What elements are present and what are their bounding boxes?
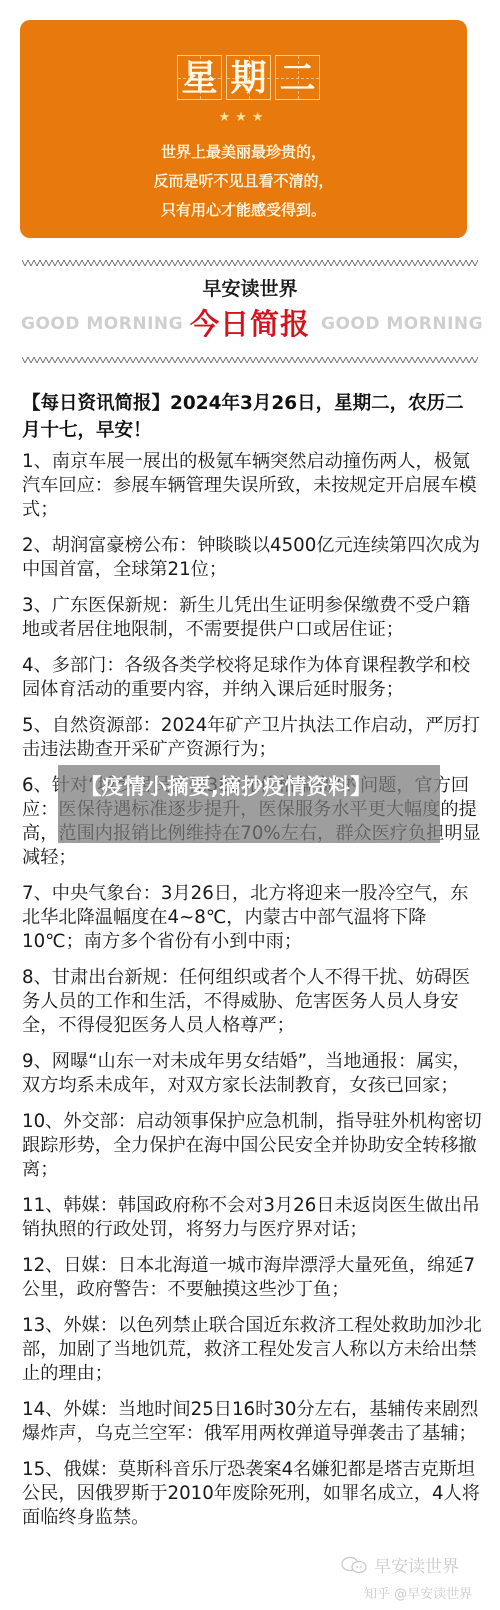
quote-line: 世界上最美丽最珍贵的，	[20, 138, 467, 167]
news-item: 11、韩媒：韩国政府称不会对3月26日未返岗医生做出吊销执照的行政处罚，将努力与…	[22, 1194, 482, 1242]
header-card: 星 期 二 ★★★ 世界上最美丽最珍贵的， 反而是听不见且看不清的， 只有用心才…	[20, 20, 467, 238]
news-item: 2、胡润富豪榜公布：钟睒睒以4500亿元连续第四次成为中国首富，全球第21位；	[22, 534, 482, 582]
news-item: 9、网曝“山东一对未成年男女结婚”，当地通报：属实，双方均系未成年，对双方家长法…	[22, 1050, 482, 1098]
news-item: 10、外交部：启动领事保护应急机制，指导驻外机构密切跟踪形势，全力保护在海中国公…	[22, 1110, 482, 1182]
zhihu-credit: 知乎 @早安读世界	[364, 1583, 472, 1602]
article-headline: 【每日资讯简报】2024年3月26日，星期二，农历二月十七，早安！	[22, 390, 482, 444]
quote: 世界上最美丽最珍贵的， 反而是听不见且看不清的， 只有用心才能感受得到。	[20, 138, 467, 225]
quote-line: 只有用心才能感受得到。	[20, 196, 467, 225]
news-item: 8、甘肃出台新规：任何组织或者个人不得干扰、妨碍医务人员的工作和生活，不得威胁、…	[22, 966, 482, 1038]
good-morning-right: GOOD MORNING	[321, 314, 483, 334]
wechat-icon	[340, 1556, 370, 1574]
zigzag-divider	[22, 260, 478, 266]
weekday-char-box: 星	[177, 55, 222, 100]
news-item: 15、俄媒：莫斯科音乐厅恐袭案4名嫌犯都是塔吉克斯坦公民，因俄罗斯于2010年废…	[22, 1458, 482, 1530]
news-item: 5、自然资源部：2024年矿产卫片执法工作启动，严厉打击违法勘查开采矿产资源行为…	[22, 714, 482, 762]
zigzag-divider	[22, 357, 478, 363]
news-item: 12、日媒：日本北海道一城市海岸漂浮大量死鱼，绵延7公里，政府警告：不要触摸这些…	[22, 1254, 482, 1302]
star-icons: ★★★	[20, 110, 467, 125]
news-item: 1、南京车展一展出的极氪车辆突然启动撞伤两人，极氪汽车回应：参展车辆管理失误所致…	[22, 450, 482, 522]
news-item: 13、外媒：以色列禁止联合国近东救济工程处救助加沙北部，加剧了当地饥荒，救济工程…	[22, 1314, 482, 1386]
news-item: 14、外媒：当地时间25日16时30分左右，基辅传来剧烈爆炸声，乌克兰空军：俄军…	[22, 1398, 482, 1446]
weekday-char-box: 二	[275, 55, 320, 100]
watermark-account-name: 早安读世界	[374, 1552, 459, 1577]
article-body: 【每日资讯简报】2024年3月26日，星期二，农历二月十七，早安！ 1、南京车展…	[22, 390, 482, 1542]
overlay-title: 【疫情小摘要,摘抄疫情资料】	[80, 768, 440, 808]
news-item: 7、中央气象台：3月26日，北方将迎来一股冷空气，东北华北降温幅度在4~8℃，内…	[22, 882, 482, 954]
brand-name: 早安读世界	[0, 274, 500, 301]
news-item: 3、广东医保新规：新生儿凭出生证明参保缴费不受户籍地或者居住地限制，不需要提供户…	[22, 594, 482, 642]
quote-line: 反而是听不见且看不清的，	[20, 167, 467, 196]
weekday-char-box: 期	[226, 55, 271, 100]
account-watermark: 早安读世界	[340, 1552, 459, 1577]
news-item: 4、多部门：各级各类学校将足球作为体育课程教学和校园体育活动的重要内容，并纳入课…	[22, 654, 482, 702]
weekday-title: 星 期 二	[177, 55, 320, 100]
